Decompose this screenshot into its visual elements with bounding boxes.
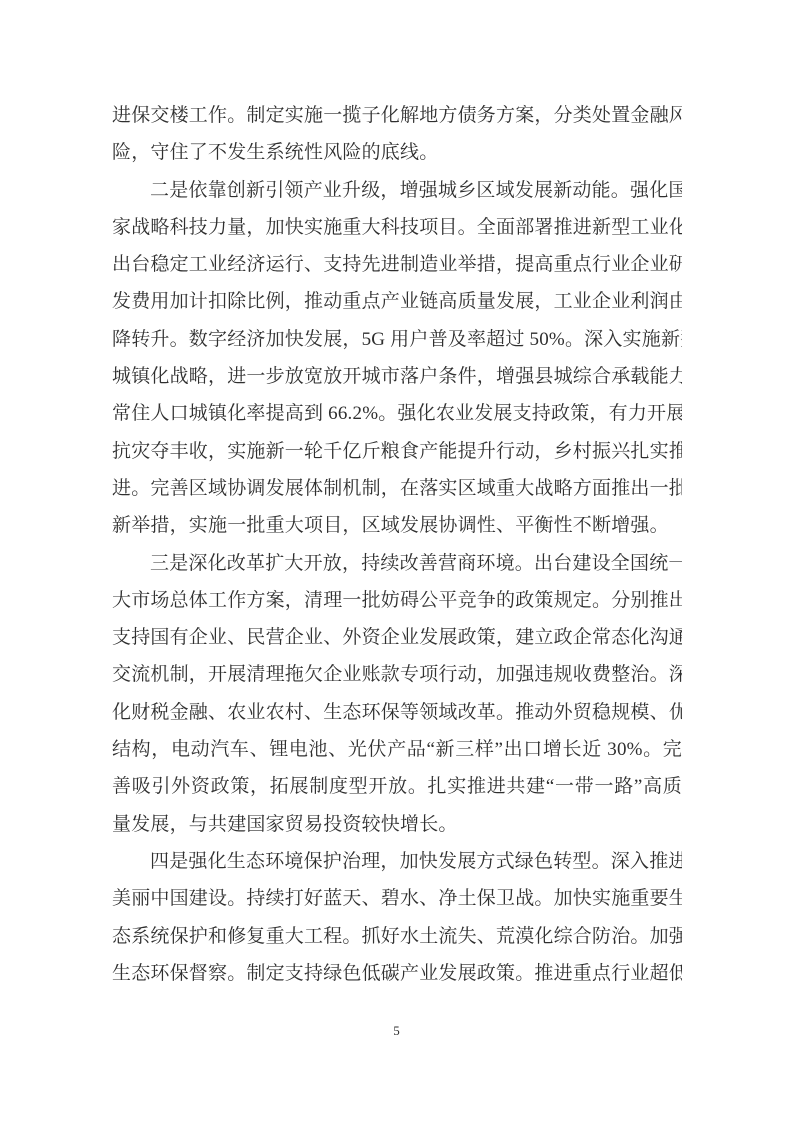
text-line: 美丽中国建设。持续打好蓝天、碧水、净土保卫战。加快实施重要生 (112, 880, 682, 917)
text-line: 进保交楼工作。制定实施一揽子化解地方债务方案，分类处置金融风 (112, 97, 682, 134)
text-line: 化财税金融、农业农村、生态环保等领域改革。推动外贸稳规模、优 (112, 694, 682, 731)
text-line: 结构，电动汽车、锂电池、光伏产品“新三样”出口增长近 30%。完 (112, 731, 682, 768)
text-line: 三是深化改革扩大开放，持续改善营商环境。出台建设全国统一 (112, 545, 682, 582)
text-line: 进。完善区域协调发展体制机制，在落实区域重大战略方面推出一批 (112, 470, 682, 507)
text-line: 生态环保督察。制定支持绿色低碳产业发展政策。推进重点行业超低 (112, 955, 682, 992)
document-page: 进保交楼工作。制定实施一揽子化解地方债务方案，分类处置金融风险，守住了不发生系统… (0, 0, 793, 1122)
text-line: 发费用加计扣除比例，推动重点产业链高质量发展，工业企业利润由 (112, 283, 682, 320)
text-line: 态系统保护和修复重大工程。抓好水土流失、荒漠化综合防治。加强 (112, 918, 682, 955)
page-footer: 5 (0, 1022, 793, 1040)
text-line: 抗灾夺丰收，实施新一轮千亿斤粮食产能提升行动，乡村振兴扎实推 (112, 433, 682, 470)
text-line: 善吸引外资政策，拓展制度型开放。扎实推进共建“一带一路”高质 (112, 768, 682, 805)
text-line: 大市场总体工作方案，清理一批妨碍公平竞争的政策规定。分别推出 (112, 582, 682, 619)
text-line: 新举措，实施一批重大项目，区域发展协调性、平衡性不断增强。 (112, 507, 682, 544)
text-line: 量发展，与共建国家贸易投资较快增长。 (112, 806, 682, 843)
text-line: 降转升。数字经济加快发展，5G 用户普及率超过 50%。深入实施新型 (112, 321, 682, 358)
text-line: 二是依靠创新引领产业升级，增强城乡区域发展新动能。强化国 (112, 172, 682, 209)
text-line: 出台稳定工业经济运行、支持先进制造业举措，提高重点行业企业研 (112, 246, 682, 283)
paragraph: 进保交楼工作。制定实施一揽子化解地方债务方案，分类处置金融风险，守住了不发生系统… (112, 97, 682, 172)
paragraph: 四是强化生态环境保护治理，加快发展方式绿色转型。深入推进美丽中国建设。持续打好蓝… (112, 843, 682, 992)
paragraph: 三是深化改革扩大开放，持续改善营商环境。出台建设全国统一大市场总体工作方案，清理… (112, 545, 682, 843)
text-line: 支持国有企业、民营企业、外资企业发展政策，建立政企常态化沟通 (112, 619, 682, 656)
document-body: 进保交楼工作。制定实施一揽子化解地方债务方案，分类处置金融风险，守住了不发生系统… (112, 97, 682, 992)
text-line: 城镇化战略，进一步放宽放开城市落户条件，增强县城综合承载能力， (112, 358, 682, 395)
text-line: 险，守住了不发生系统性风险的底线。 (112, 134, 682, 171)
text-line: 四是强化生态环境保护治理，加快发展方式绿色转型。深入推进 (112, 843, 682, 880)
paragraph: 二是依靠创新引领产业升级，增强城乡区域发展新动能。强化国家战略科技力量，加快实施… (112, 172, 682, 545)
page-number: 5 (393, 1023, 400, 1038)
text-line: 家战略科技力量，加快实施重大科技项目。全面部署推进新型工业化。 (112, 209, 682, 246)
text-line: 交流机制，开展清理拖欠企业账款专项行动，加强违规收费整治。深 (112, 656, 682, 693)
text-line: 常住人口城镇化率提高到 66.2%。强化农业发展支持政策，有力开展 (112, 395, 682, 432)
